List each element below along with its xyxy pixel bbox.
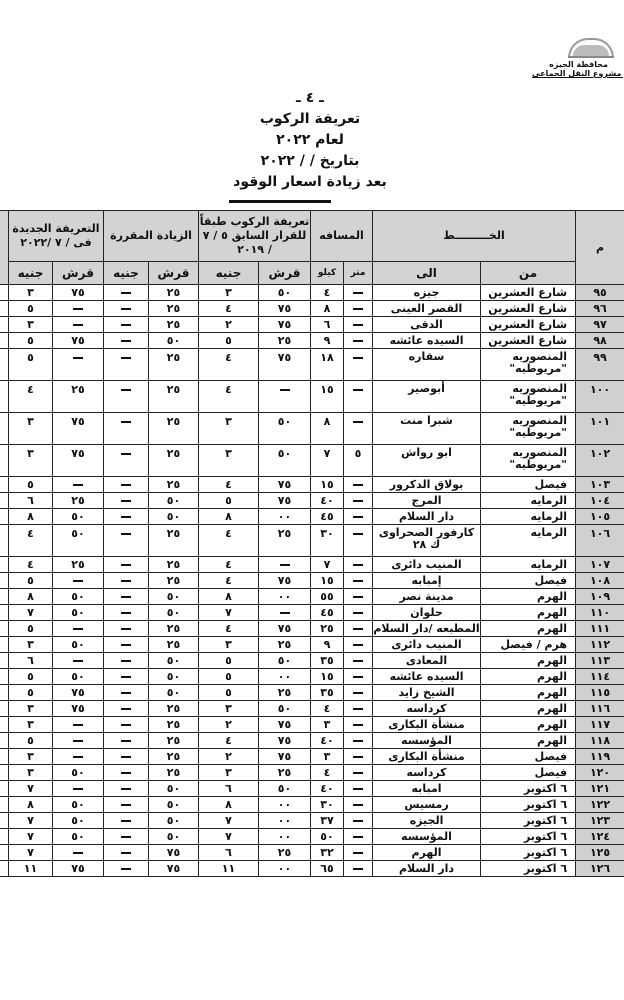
new-fare-pound: ٣ <box>9 749 53 765</box>
row-spacer <box>0 525 9 557</box>
route-to: ابو رواش <box>373 445 481 477</box>
distance-kilo: ٨ <box>311 413 344 445</box>
row-number: ١٠٦ <box>576 525 624 557</box>
old-fare-pound: ٧ <box>199 813 259 829</box>
new-fare-piaster: ٥٠ <box>53 525 104 557</box>
empty-dash <box>353 324 363 326</box>
new-fare-pound: ٣ <box>9 637 53 653</box>
table-row: ١٢٤٦ اكتوبرالمؤسسه٥٠٠٠٧٥٠٥٠٧ <box>0 829 624 845</box>
empty-dash <box>353 484 363 486</box>
table-row: ١١٨الهرمالمؤسسه٤٠٧٥٤٢٥٥ <box>0 733 624 749</box>
increase-pound <box>104 493 149 509</box>
row-spacer <box>0 317 9 333</box>
empty-dash <box>121 756 131 758</box>
old-fare-pound: ٣ <box>199 285 259 301</box>
old-fare-piaster: ٧٥ <box>259 733 311 749</box>
old-fare-pound: ٣ <box>199 413 259 445</box>
empty-dash <box>121 580 131 582</box>
empty-dash <box>353 756 363 758</box>
old-fare-pound: ٣ <box>199 445 259 477</box>
new-fare-pound: ٥ <box>9 621 53 637</box>
header-distance: المسافه <box>311 211 373 262</box>
increase-pound <box>104 317 149 333</box>
increase-piaster: ٥٠ <box>149 509 199 525</box>
route-to: الهرم <box>373 845 481 861</box>
distance-kilo: ٨ <box>311 301 344 317</box>
new-fare-piaster <box>53 717 104 733</box>
old-fare-piaster: ٠٠ <box>259 813 311 829</box>
row-number: ١٠٥ <box>576 509 624 525</box>
table-row: ١٠١المنصوريه "مريوطيه"شبرا منت٨٥٠٣٢٥٧٥٣ <box>0 413 624 445</box>
empty-dash <box>280 564 290 566</box>
route-to: القصر العينى <box>373 301 481 317</box>
old-fare-pound: ١١ <box>199 861 259 877</box>
old-fare-piaster: ٧٥ <box>259 493 311 509</box>
increase-pound <box>104 797 149 813</box>
empty-dash <box>121 788 131 790</box>
new-fare-piaster <box>53 301 104 317</box>
increase-piaster: ٥٠ <box>149 685 199 701</box>
row-number: ١٢٣ <box>576 813 624 829</box>
distance-meter <box>344 333 373 349</box>
row-spacer <box>0 845 9 861</box>
route-from: الهرم <box>481 653 576 669</box>
increase-piaster: ٥٠ <box>149 589 199 605</box>
route-to: امبابه <box>373 781 481 797</box>
empty-dash <box>353 772 363 774</box>
empty-dash <box>353 516 363 518</box>
header-inc-pound: جنيه <box>104 262 149 285</box>
giza-emblem-icon <box>568 38 614 58</box>
empty-dash <box>353 676 363 678</box>
route-from: الهرم <box>481 605 576 621</box>
distance-kilo: ٤ <box>311 765 344 781</box>
row-spacer <box>0 701 9 717</box>
new-fare-piaster: ٥٠ <box>53 669 104 685</box>
distance-kilo: ٩ <box>311 333 344 349</box>
distance-kilo: ١٨ <box>311 349 344 381</box>
new-fare-piaster: ٥٠ <box>53 829 104 845</box>
new-fare-pound: ٧ <box>9 813 53 829</box>
new-fare-pound: ٤ <box>9 525 53 557</box>
distance-kilo: ٤٥ <box>311 509 344 525</box>
distance-kilo: ٤٠ <box>311 733 344 749</box>
old-fare-piaster: ٠٠ <box>259 861 311 877</box>
old-fare-pound: ٤ <box>199 525 259 557</box>
new-fare-pound: ٣ <box>9 701 53 717</box>
increase-pound <box>104 349 149 381</box>
distance-kilo: ٦ <box>311 317 344 333</box>
table-row: ١٢٦٦ اكتوبردار السلام٦٥٠٠١١٧٥٧٥١١ <box>0 861 624 877</box>
route-from: ٦ اكتوبر <box>481 797 576 813</box>
table-row: ١١٧الهرممنشأة البكارى٣٧٥٢٢٥٣ <box>0 717 624 733</box>
table-row: ١٠٦الرمايهكارفور الصحراوى ك ٢٨٣٠٢٥٤٢٥٥٠٤ <box>0 525 624 557</box>
route-to: كرداسه <box>373 701 481 717</box>
row-number: ٩٨ <box>576 333 624 349</box>
increase-pound <box>104 845 149 861</box>
row-spacer <box>0 621 9 637</box>
distance-kilo: ٣٠ <box>311 797 344 813</box>
header-index: م <box>576 211 624 285</box>
empty-dash <box>73 852 83 854</box>
new-fare-piaster: ٧٥ <box>53 285 104 301</box>
new-fare-pound: ٤ <box>9 381 53 413</box>
route-to: دار السلام <box>373 861 481 877</box>
table-row: ١١٤الهرمالسيده عائشه١٥٠٠٥٥٠٥٠٥ <box>0 669 624 685</box>
new-fare-piaster: ٧٥ <box>53 861 104 877</box>
empty-dash <box>121 484 131 486</box>
empty-dash <box>73 628 83 630</box>
route-from: الهرم <box>481 733 576 749</box>
table-row: ١١١الهرمالمطبعه /دار السلام٢٥٧٥٤٢٥٥ <box>0 621 624 637</box>
empty-dash <box>121 564 131 566</box>
distance-meter <box>344 589 373 605</box>
table-row: ١٢١٦ اكتوبرامبابه٤٠٥٠٦٥٠٧ <box>0 781 624 797</box>
old-fare-piaster: ٧٥ <box>259 301 311 317</box>
empty-dash <box>73 308 83 310</box>
distance-meter <box>344 349 373 381</box>
distance-meter <box>344 765 373 781</box>
row-number: ٩٧ <box>576 317 624 333</box>
new-fare-piaster: ٧٥ <box>53 685 104 701</box>
table-row: ١٠٠المنصوريه "مريوطيه"أبوصير١٥٤٢٥٢٥٤ <box>0 381 624 413</box>
distance-meter <box>344 685 373 701</box>
route-from: شارع العشرين <box>481 301 576 317</box>
empty-dash <box>121 708 131 710</box>
route-from: الهرم <box>481 717 576 733</box>
row-number: ١٢٥ <box>576 845 624 861</box>
empty-dash <box>121 804 131 806</box>
empty-dash <box>121 676 131 678</box>
old-fare-piaster: ٢٥ <box>259 637 311 653</box>
document-title: ـ ٤ ـ تعريفة الركوب لعام ٢٠٢٢ بتاريخ / /… <box>180 88 440 193</box>
route-from: ٦ اكتوبر <box>481 861 576 877</box>
row-spacer <box>0 813 9 829</box>
old-fare-piaster: ٢٥ <box>259 765 311 781</box>
row-number: ١١٧ <box>576 717 624 733</box>
old-fare-pound: ٤ <box>199 301 259 317</box>
new-fare-piaster <box>53 621 104 637</box>
new-fare-pound: ٧ <box>9 829 53 845</box>
row-number: ١١٤ <box>576 669 624 685</box>
old-fare-pound: ٢ <box>199 317 259 333</box>
distance-meter <box>344 653 373 669</box>
route-to: كارفور الصحراوى ك ٢٨ <box>373 525 481 557</box>
new-fare-pound: ٥ <box>9 733 53 749</box>
empty-dash <box>121 740 131 742</box>
header-spacer <box>0 211 9 285</box>
distance-kilo: ٦٥ <box>311 861 344 877</box>
new-fare-pound: ٦ <box>9 493 53 509</box>
new-fare-pound: ٧ <box>9 845 53 861</box>
new-fare-piaster: ٥٠ <box>53 797 104 813</box>
new-fare-piaster <box>53 781 104 797</box>
row-spacer <box>0 573 9 589</box>
empty-dash <box>353 564 363 566</box>
increase-pound <box>104 509 149 525</box>
row-number: ١١٣ <box>576 653 624 669</box>
row-spacer <box>0 797 9 813</box>
new-fare-piaster: ٧٥ <box>53 701 104 717</box>
row-number: ١١٥ <box>576 685 624 701</box>
new-fare-piaster: ٥٠ <box>53 509 104 525</box>
table-row: ١١٦الهرمكرداسه٤٥٠٣٢٥٧٥٣ <box>0 701 624 717</box>
letterhead: محافظة الجيزه جهاز مشروع النقل الجماعى <box>532 38 622 78</box>
route-to: الدقى <box>373 317 481 333</box>
route-from: الرمايه <box>481 493 576 509</box>
route-from: ٦ اكتوبر <box>481 845 576 861</box>
old-fare-piaster: ٧٥ <box>259 317 311 333</box>
row-number: ١٢٠ <box>576 765 624 781</box>
new-fare-piaster: ٧٥ <box>53 413 104 445</box>
old-fare-piaster <box>259 381 311 413</box>
increase-pound <box>104 685 149 701</box>
increase-piaster: ٢٥ <box>149 477 199 493</box>
row-number: ١٠٢ <box>576 445 624 477</box>
header-old-piaster: قرش <box>259 262 311 285</box>
increase-piaster: ٢٥ <box>149 413 199 445</box>
increase-piaster: ٢٥ <box>149 637 199 653</box>
route-to: المؤسسه <box>373 733 481 749</box>
row-number: ١١٦ <box>576 701 624 717</box>
old-fare-pound: ٣ <box>199 765 259 781</box>
distance-kilo: ٥٠ <box>311 829 344 845</box>
distance-meter: ٥ <box>344 445 373 477</box>
route-from: ٦ اكتوبر <box>481 829 576 845</box>
route-from: الرمايه <box>481 525 576 557</box>
distance-kilo: ٧ <box>311 557 344 573</box>
empty-dash <box>121 308 131 310</box>
table-row: ١٠٩الهرممدينة نصر٥٥٠٠٨٥٠٥٠٨ <box>0 589 624 605</box>
new-fare-piaster: ٥٠ <box>53 765 104 781</box>
old-fare-piaster <box>259 557 311 573</box>
increase-piaster: ٢٥ <box>149 445 199 477</box>
row-spacer <box>0 509 9 525</box>
distance-kilo: ٤٠ <box>311 493 344 509</box>
increase-piaster: ٢٥ <box>149 525 199 557</box>
table-row: ١١٢هرم / فيصلالمنيب دائرى٩٢٥٣٢٥٥٠٣ <box>0 637 624 653</box>
table-row: ١٠٣فيصلبولاق الدكرور١٥٧٥٤٢٥٥ <box>0 477 624 493</box>
empty-dash <box>73 660 83 662</box>
distance-kilo: ٤٥ <box>311 605 344 621</box>
new-fare-pound: ٤ <box>9 557 53 573</box>
new-fare-piaster: ٥٠ <box>53 637 104 653</box>
table-row: ١١٠الهرمحلوان٤٥٧٥٠٥٠٧ <box>0 605 624 621</box>
distance-kilo: ٣٠ <box>311 525 344 557</box>
header-old-fare: تعريفة الركوب طبقاً للقرار السابق ٥ / ٧ … <box>199 211 311 262</box>
empty-dash <box>353 740 363 742</box>
route-to: دار السلام <box>373 509 481 525</box>
increase-piaster: ٢٥ <box>149 557 199 573</box>
old-fare-pound: ٨ <box>199 509 259 525</box>
table-row: ١٠٤الرمايهالمرج٤٠٧٥٥٥٠٢٥٦ <box>0 493 624 509</box>
empty-dash <box>73 740 83 742</box>
increase-pound <box>104 829 149 845</box>
row-number: ١٠١ <box>576 413 624 445</box>
row-spacer <box>0 477 9 493</box>
row-number: ١٢٦ <box>576 861 624 877</box>
increase-piaster: ٢٥ <box>149 349 199 381</box>
old-fare-piaster: ٠٠ <box>259 829 311 845</box>
row-number: ١١٩ <box>576 749 624 765</box>
page-number: ـ ٤ ـ <box>180 88 440 109</box>
old-fare-piaster: ٧٥ <box>259 749 311 765</box>
row-number: ١٠٣ <box>576 477 624 493</box>
distance-kilo: ١٥ <box>311 381 344 413</box>
distance-meter <box>344 317 373 333</box>
table-row: ١١٥الهرمالشيخ زايد٣٥٢٥٥٥٠٧٥٥ <box>0 685 624 701</box>
old-fare-piaster: ٧٥ <box>259 621 311 637</box>
distance-meter <box>344 813 373 829</box>
header-increase: الزيادة المقررة <box>104 211 199 262</box>
old-fare-piaster: ٥٠ <box>259 445 311 477</box>
empty-dash <box>121 596 131 598</box>
distance-meter <box>344 477 373 493</box>
distance-meter <box>344 829 373 845</box>
old-fare-pound: ٢ <box>199 749 259 765</box>
new-fare-piaster <box>53 749 104 765</box>
empty-dash <box>73 788 83 790</box>
route-from: شارع العشرين <box>481 285 576 301</box>
distance-kilo: ١٥ <box>311 477 344 493</box>
header-to: الى <box>373 262 481 285</box>
old-fare-piaster <box>259 605 311 621</box>
row-spacer <box>0 781 9 797</box>
distance-kilo: ٣ <box>311 717 344 733</box>
distance-kilo: ٥٥ <box>311 589 344 605</box>
empty-dash <box>353 804 363 806</box>
new-fare-piaster: ٧٥ <box>53 445 104 477</box>
distance-meter <box>344 285 373 301</box>
row-number: ١٠٠ <box>576 381 624 413</box>
new-fare-pound: ٨ <box>9 797 53 813</box>
new-fare-piaster <box>53 477 104 493</box>
old-fare-pound: ٨ <box>199 797 259 813</box>
old-fare-pound: ٤ <box>199 381 259 413</box>
route-to: منشأة البكارى <box>373 717 481 733</box>
distance-kilo: ٣٢ <box>311 845 344 861</box>
route-from: هرم / فيصل <box>481 637 576 653</box>
increase-piaster: ٥٠ <box>149 493 199 509</box>
title-line-4: بعد زيادة اسعار الوقود <box>180 172 440 193</box>
title-underline <box>229 200 331 203</box>
distance-kilo: ٣٥ <box>311 685 344 701</box>
distance-meter <box>344 557 373 573</box>
header-old-pound: جنيه <box>199 262 259 285</box>
distance-meter <box>344 781 373 797</box>
new-fare-pound: ٧ <box>9 781 53 797</box>
route-to: كرداسه <box>373 765 481 781</box>
distance-meter <box>344 573 373 589</box>
increase-piaster: ٢٥ <box>149 317 199 333</box>
old-fare-pound: ٤ <box>199 573 259 589</box>
table-row: ١١٣الهرمالمعادى٣٥٥٠٥٥٠٦ <box>0 653 624 669</box>
route-to: المؤسسه <box>373 829 481 845</box>
title-line-1: تعريفة الركوب <box>180 109 440 130</box>
empty-dash <box>73 724 83 726</box>
route-from: الهرم <box>481 589 576 605</box>
empty-dash <box>121 421 131 423</box>
new-fare-piaster: ٥٠ <box>53 813 104 829</box>
old-fare-pound: ٣ <box>199 701 259 717</box>
header-new-pound: جنيه <box>9 262 53 285</box>
route-from: الرمايه <box>481 509 576 525</box>
increase-piaster: ٥٠ <box>149 829 199 845</box>
distance-meter <box>344 301 373 317</box>
empty-dash <box>353 660 363 662</box>
route-from: ٦ اكتوبر <box>481 781 576 797</box>
old-fare-piaster: ٠٠ <box>259 589 311 605</box>
row-spacer <box>0 445 9 477</box>
new-fare-piaster <box>53 845 104 861</box>
row-number: ١٠٧ <box>576 557 624 573</box>
new-fare-pound: ٣ <box>9 285 53 301</box>
new-fare-piaster <box>53 573 104 589</box>
row-number: ١٠٩ <box>576 589 624 605</box>
row-spacer <box>0 669 9 685</box>
empty-dash <box>73 756 83 758</box>
increase-piaster: ٥٠ <box>149 813 199 829</box>
increase-pound <box>104 717 149 733</box>
new-fare-pound: ٥ <box>9 573 53 589</box>
old-fare-piaster: ٢٥ <box>259 845 311 861</box>
distance-meter <box>344 733 373 749</box>
distance-meter <box>344 861 373 877</box>
increase-pound <box>104 285 149 301</box>
route-to: جيزه <box>373 285 481 301</box>
distance-meter <box>344 525 373 557</box>
table-row: ١٢٢٦ اكتوبررمسيس٣٠٠٠٨٥٠٥٠٨ <box>0 797 624 813</box>
increase-pound <box>104 445 149 477</box>
distance-kilo: ٣٥ <box>311 653 344 669</box>
increase-pound <box>104 589 149 605</box>
empty-dash <box>121 340 131 342</box>
route-from: فيصل <box>481 477 576 493</box>
empty-dash <box>121 292 131 294</box>
row-spacer <box>0 557 9 573</box>
distance-meter <box>344 637 373 653</box>
increase-piaster: ٢٥ <box>149 701 199 717</box>
new-fare-piaster: ٥٠ <box>53 589 104 605</box>
distance-kilo: ٢٥ <box>311 621 344 637</box>
new-fare-piaster: ٧٥ <box>53 333 104 349</box>
increase-pound <box>104 669 149 685</box>
distance-meter <box>344 413 373 445</box>
empty-dash <box>353 612 363 614</box>
empty-dash <box>353 421 363 423</box>
route-to: إمبابه <box>373 573 481 589</box>
old-fare-piaster: ٥٠ <box>259 653 311 669</box>
row-spacer <box>0 733 9 749</box>
old-fare-pound: ٦ <box>199 845 259 861</box>
header-meter: متر <box>344 262 373 285</box>
increase-pound <box>104 813 149 829</box>
new-fare-pound: ٥ <box>9 301 53 317</box>
row-spacer <box>0 685 9 701</box>
table-row: ٩٩المنصوريه "مريوطيه"سقاره١٨٧٥٤٢٥٥ <box>0 349 624 381</box>
row-spacer <box>0 653 9 669</box>
governorate-name: محافظة الجيزه <box>532 60 622 69</box>
increase-pound <box>104 605 149 621</box>
distance-meter <box>344 749 373 765</box>
route-from: المنصوريه "مريوطيه" <box>481 381 576 413</box>
empty-dash <box>121 820 131 822</box>
old-fare-pound: ٤ <box>199 557 259 573</box>
table-row: ١١٩فيصلمنشأة البكارى٣٧٥٢٢٥٣ <box>0 749 624 765</box>
empty-dash <box>353 868 363 870</box>
increase-piaster: ٢٥ <box>149 733 199 749</box>
empty-dash <box>353 357 363 359</box>
